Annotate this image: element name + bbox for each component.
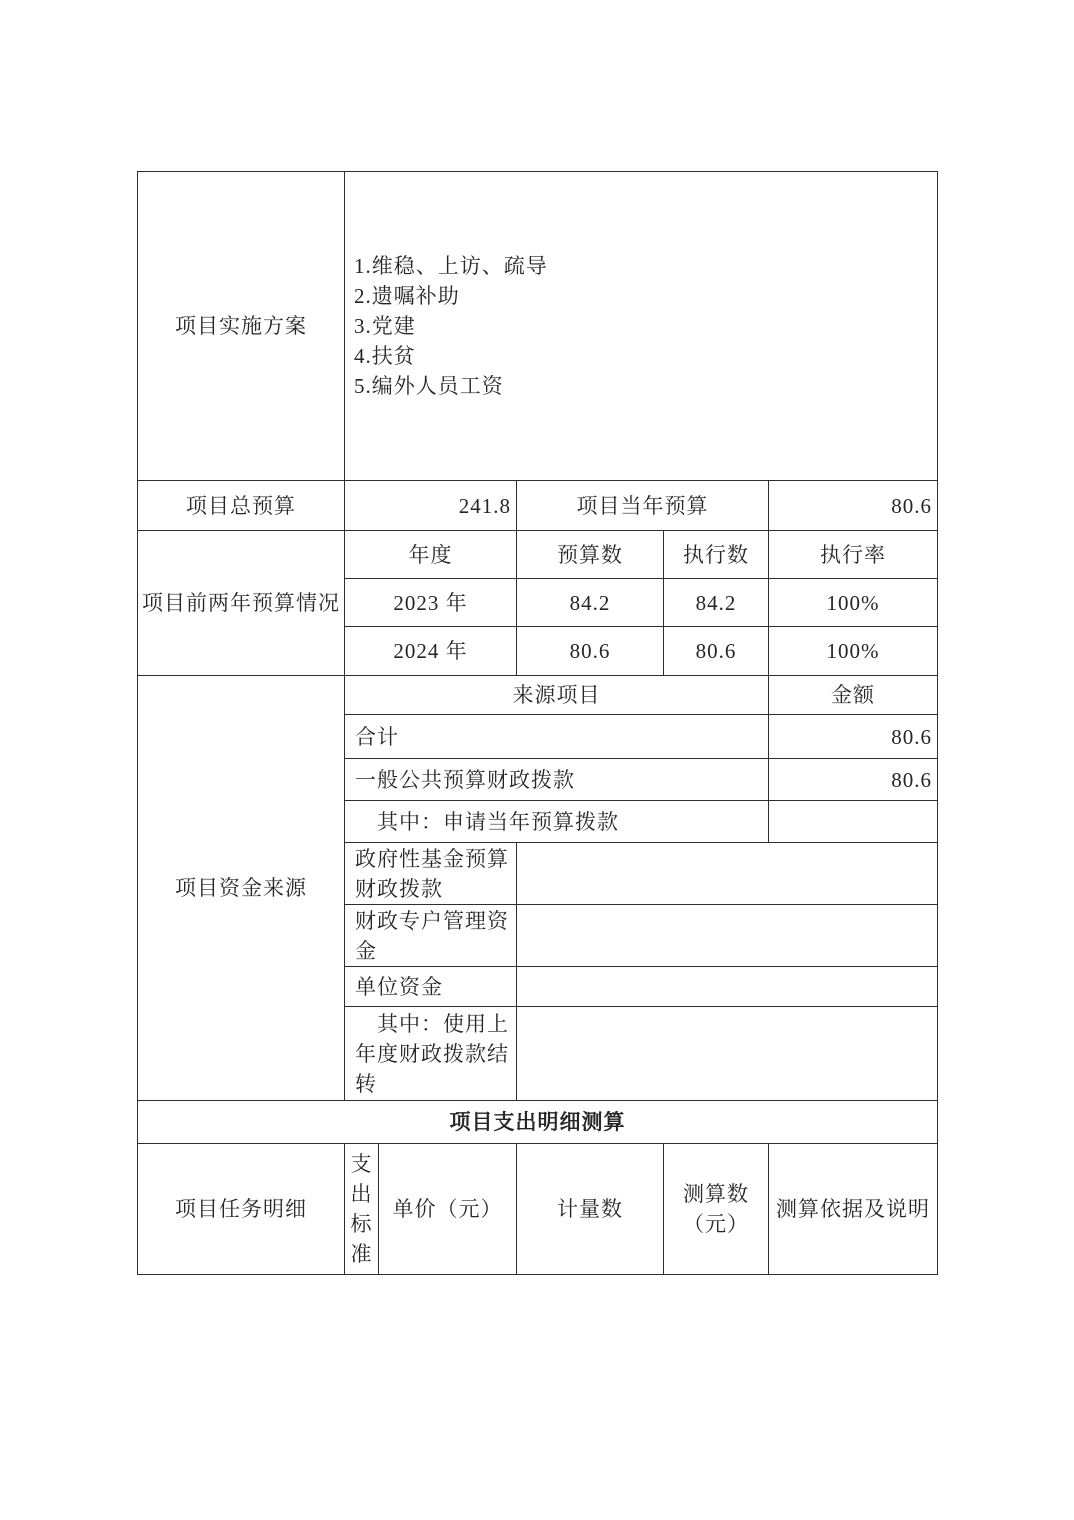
cell-history-row2-rate: 100% <box>769 627 938 676</box>
cell-funding-total-amount: 80.6 <box>769 715 938 759</box>
cell-history-row1-budget: 84.2 <box>517 579 664 627</box>
cell-detail-col-estimate: 测算数 （元） <box>664 1144 769 1275</box>
cell-detail-col-standard: 支出标准 <box>345 1144 379 1275</box>
cell-funding-unit-funds-name: 单位资金 <box>345 967 517 1007</box>
cell-funding-applied-name: 其中：申请当年预算拨款 <box>345 801 769 843</box>
cell-funding-carryover-value <box>517 1007 938 1101</box>
cell-implementation-plan-content: 1.维稳、上访、疏导 2.遗嘱补助 3.党建 4.扶贫 5.编外人员工资 <box>345 172 938 481</box>
cell-funding-govfund-name: 政府性基金预算 财政拨款 <box>345 843 517 905</box>
cell-implementation-plan-label: 项目实施方案 <box>138 172 345 481</box>
cell-history-row2-budget: 80.6 <box>517 627 664 676</box>
section-title-expenditure-detail: 项目支出明细测算 <box>138 1101 938 1144</box>
cell-funding-fiscal-account-value <box>517 905 938 967</box>
cell-funding-fiscal-account-name: 财政专户管理资 金 <box>345 905 517 967</box>
cell-funding-total-name: 合计 <box>345 715 769 759</box>
cell-funding-govfund-value <box>517 843 938 905</box>
cell-total-budget-value: 241.8 <box>345 481 517 531</box>
cell-history-col-budget: 预算数 <box>517 531 664 579</box>
cell-funding-col-amount: 金额 <box>769 676 938 715</box>
cell-total-budget-label: 项目总预算 <box>138 481 345 531</box>
cell-detail-col-task: 项目任务明细 <box>138 1144 345 1275</box>
cell-history-col-year: 年度 <box>345 531 517 579</box>
cell-detail-col-unit-price: 单价（元） <box>379 1144 517 1275</box>
cell-detail-col-basis: 测算依据及说明 <box>769 1144 938 1275</box>
cell-history-col-exec: 执行数 <box>664 531 769 579</box>
cell-detail-col-quantity: 计量数 <box>517 1144 664 1275</box>
cell-history-label: 项目前两年预算情况 <box>138 531 345 676</box>
cell-history-row2-year: 2024 年 <box>345 627 517 676</box>
cell-history-row1-exec: 84.2 <box>664 579 769 627</box>
cell-history-row1-year: 2023 年 <box>345 579 517 627</box>
cell-funding-general-name: 一般公共预算财政拨款 <box>345 759 769 801</box>
cell-funding-col-source: 来源项目 <box>345 676 769 715</box>
cell-funding-label: 项目资金来源 <box>138 676 345 1101</box>
project-budget-table: 项目实施方案 1.维稳、上访、疏导 2.遗嘱补助 3.党建 4.扶贫 5.编外人… <box>137 171 938 1275</box>
cell-history-row1-rate: 100% <box>769 579 938 627</box>
cell-funding-applied-amount <box>769 801 938 843</box>
cell-funding-general-amount: 80.6 <box>769 759 938 801</box>
cell-funding-unit-funds-value <box>517 967 938 1007</box>
document-page: 项目实施方案 1.维稳、上访、疏导 2.遗嘱补助 3.党建 4.扶贫 5.编外人… <box>0 0 1074 1520</box>
cell-current-year-budget-label: 项目当年预算 <box>517 481 769 531</box>
cell-history-row2-exec: 80.6 <box>664 627 769 676</box>
cell-current-year-budget-value: 80.6 <box>769 481 938 531</box>
cell-history-col-rate: 执行率 <box>769 531 938 579</box>
cell-funding-carryover-name: 其中：使用上 年度财政拨款结 转 <box>345 1007 517 1101</box>
